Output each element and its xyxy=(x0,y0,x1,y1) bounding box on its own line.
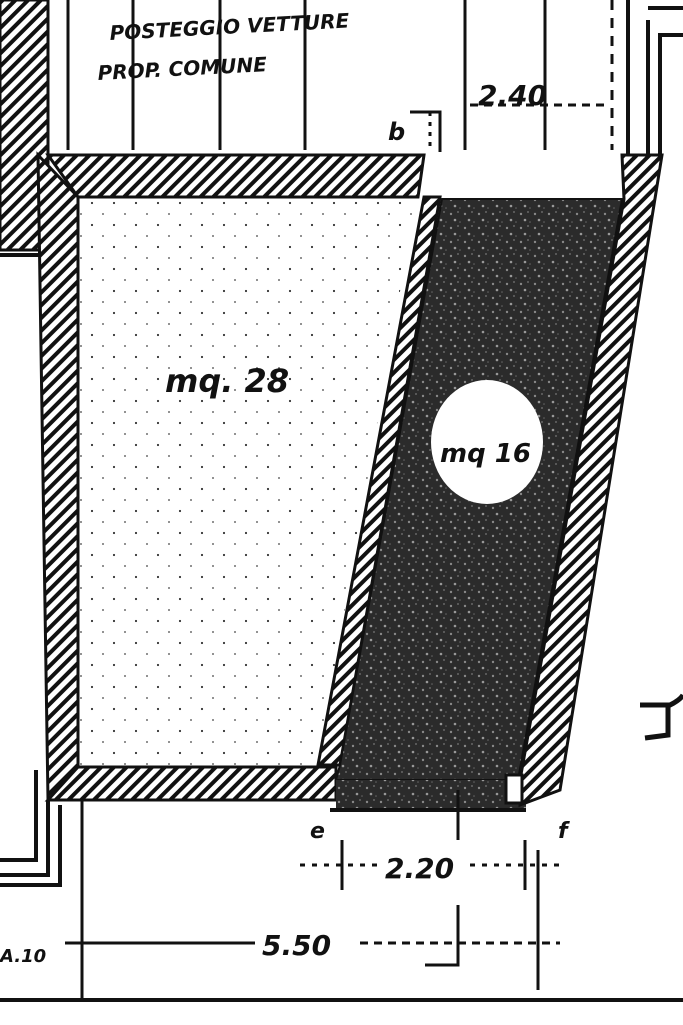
floor-plan: POSTEGGIO VETTURE PROP. COMUNE b 2.40 mq… xyxy=(0,0,683,1025)
point-label-b: b xyxy=(388,118,405,146)
point-label-f: f xyxy=(558,819,570,844)
header-label-line1: POSTEGGIO VETTURE xyxy=(109,8,350,45)
room-left-area-label: mq. 28 xyxy=(165,362,289,400)
dimension-top-label: 2.40 xyxy=(478,79,547,112)
wall-right-top xyxy=(628,0,683,155)
dimension-left-partial-label: A.10 xyxy=(0,946,46,967)
dimension-bottom-overall-label: 5.50 xyxy=(262,929,331,962)
header-label-line2: PROP. COMUNE xyxy=(97,52,268,85)
point-b-marker xyxy=(410,112,440,152)
margin-mark xyxy=(640,695,683,738)
dimension-bottom-inner-label: 2.20 xyxy=(385,852,454,885)
point-label-e: e xyxy=(310,819,325,844)
room-right-area-label: mq 16 xyxy=(440,439,531,469)
